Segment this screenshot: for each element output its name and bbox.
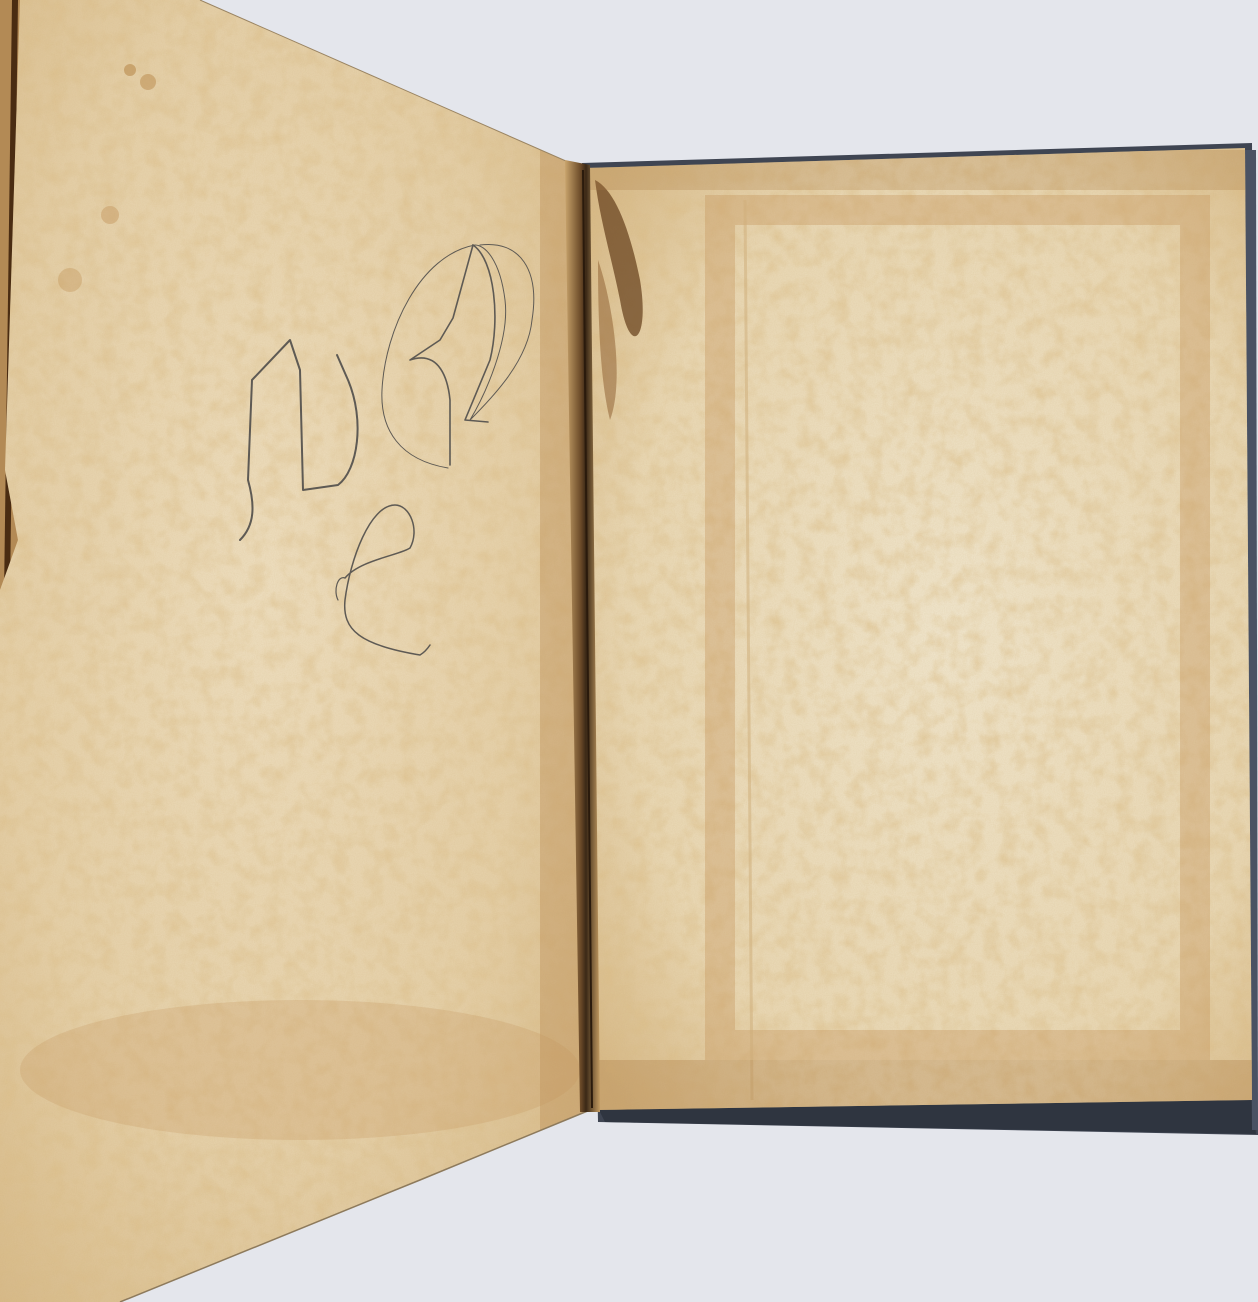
left-flyleaf [0,0,600,1302]
right-endpaper [580,140,1258,1120]
book-photo [0,0,1258,1302]
